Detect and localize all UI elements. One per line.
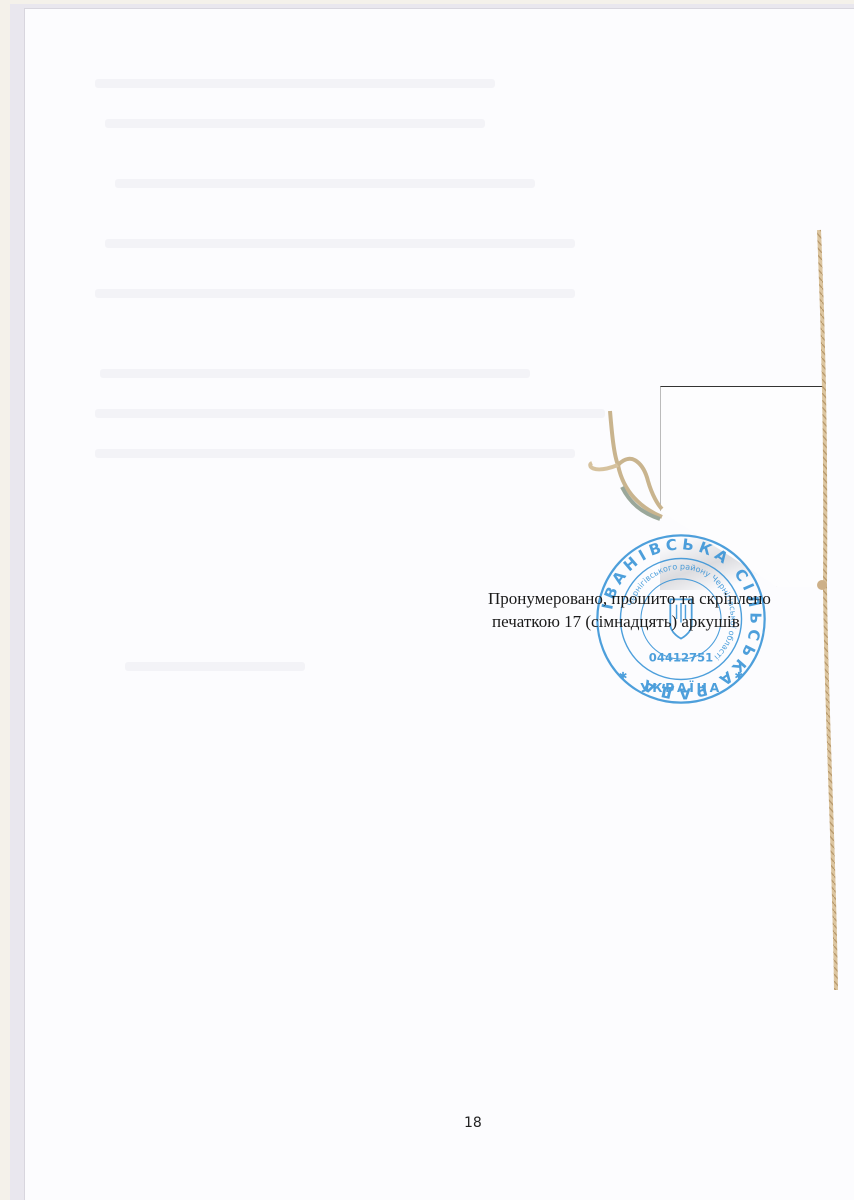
string-knot-icon [582,405,682,535]
bleed-through-line [95,79,495,88]
bleed-through-line [105,239,575,248]
certification-line-2: печаткою 17 (сімнадцять) аркушів [488,610,848,633]
svg-text:УКРАЇНА: УКРАЇНА [640,680,722,695]
svg-text:✱: ✱ [619,671,628,683]
bleed-through-line [115,179,535,188]
bleed-through-line [100,369,530,378]
bleed-through-line [95,289,575,298]
svg-text:04412751: 04412751 [649,651,713,665]
svg-text:✱: ✱ [734,671,743,683]
bleed-through-line [105,119,485,128]
page-number: 18 [464,1115,482,1131]
bleed-through-line [125,662,305,671]
certification-line-1: Пронумеровано, прошито та скріплено [488,587,848,610]
bleed-through-line [95,409,605,418]
bleed-through-line [95,449,575,458]
binding-certification: Пронумеровано, прошито та скріплено печа… [488,587,848,633]
